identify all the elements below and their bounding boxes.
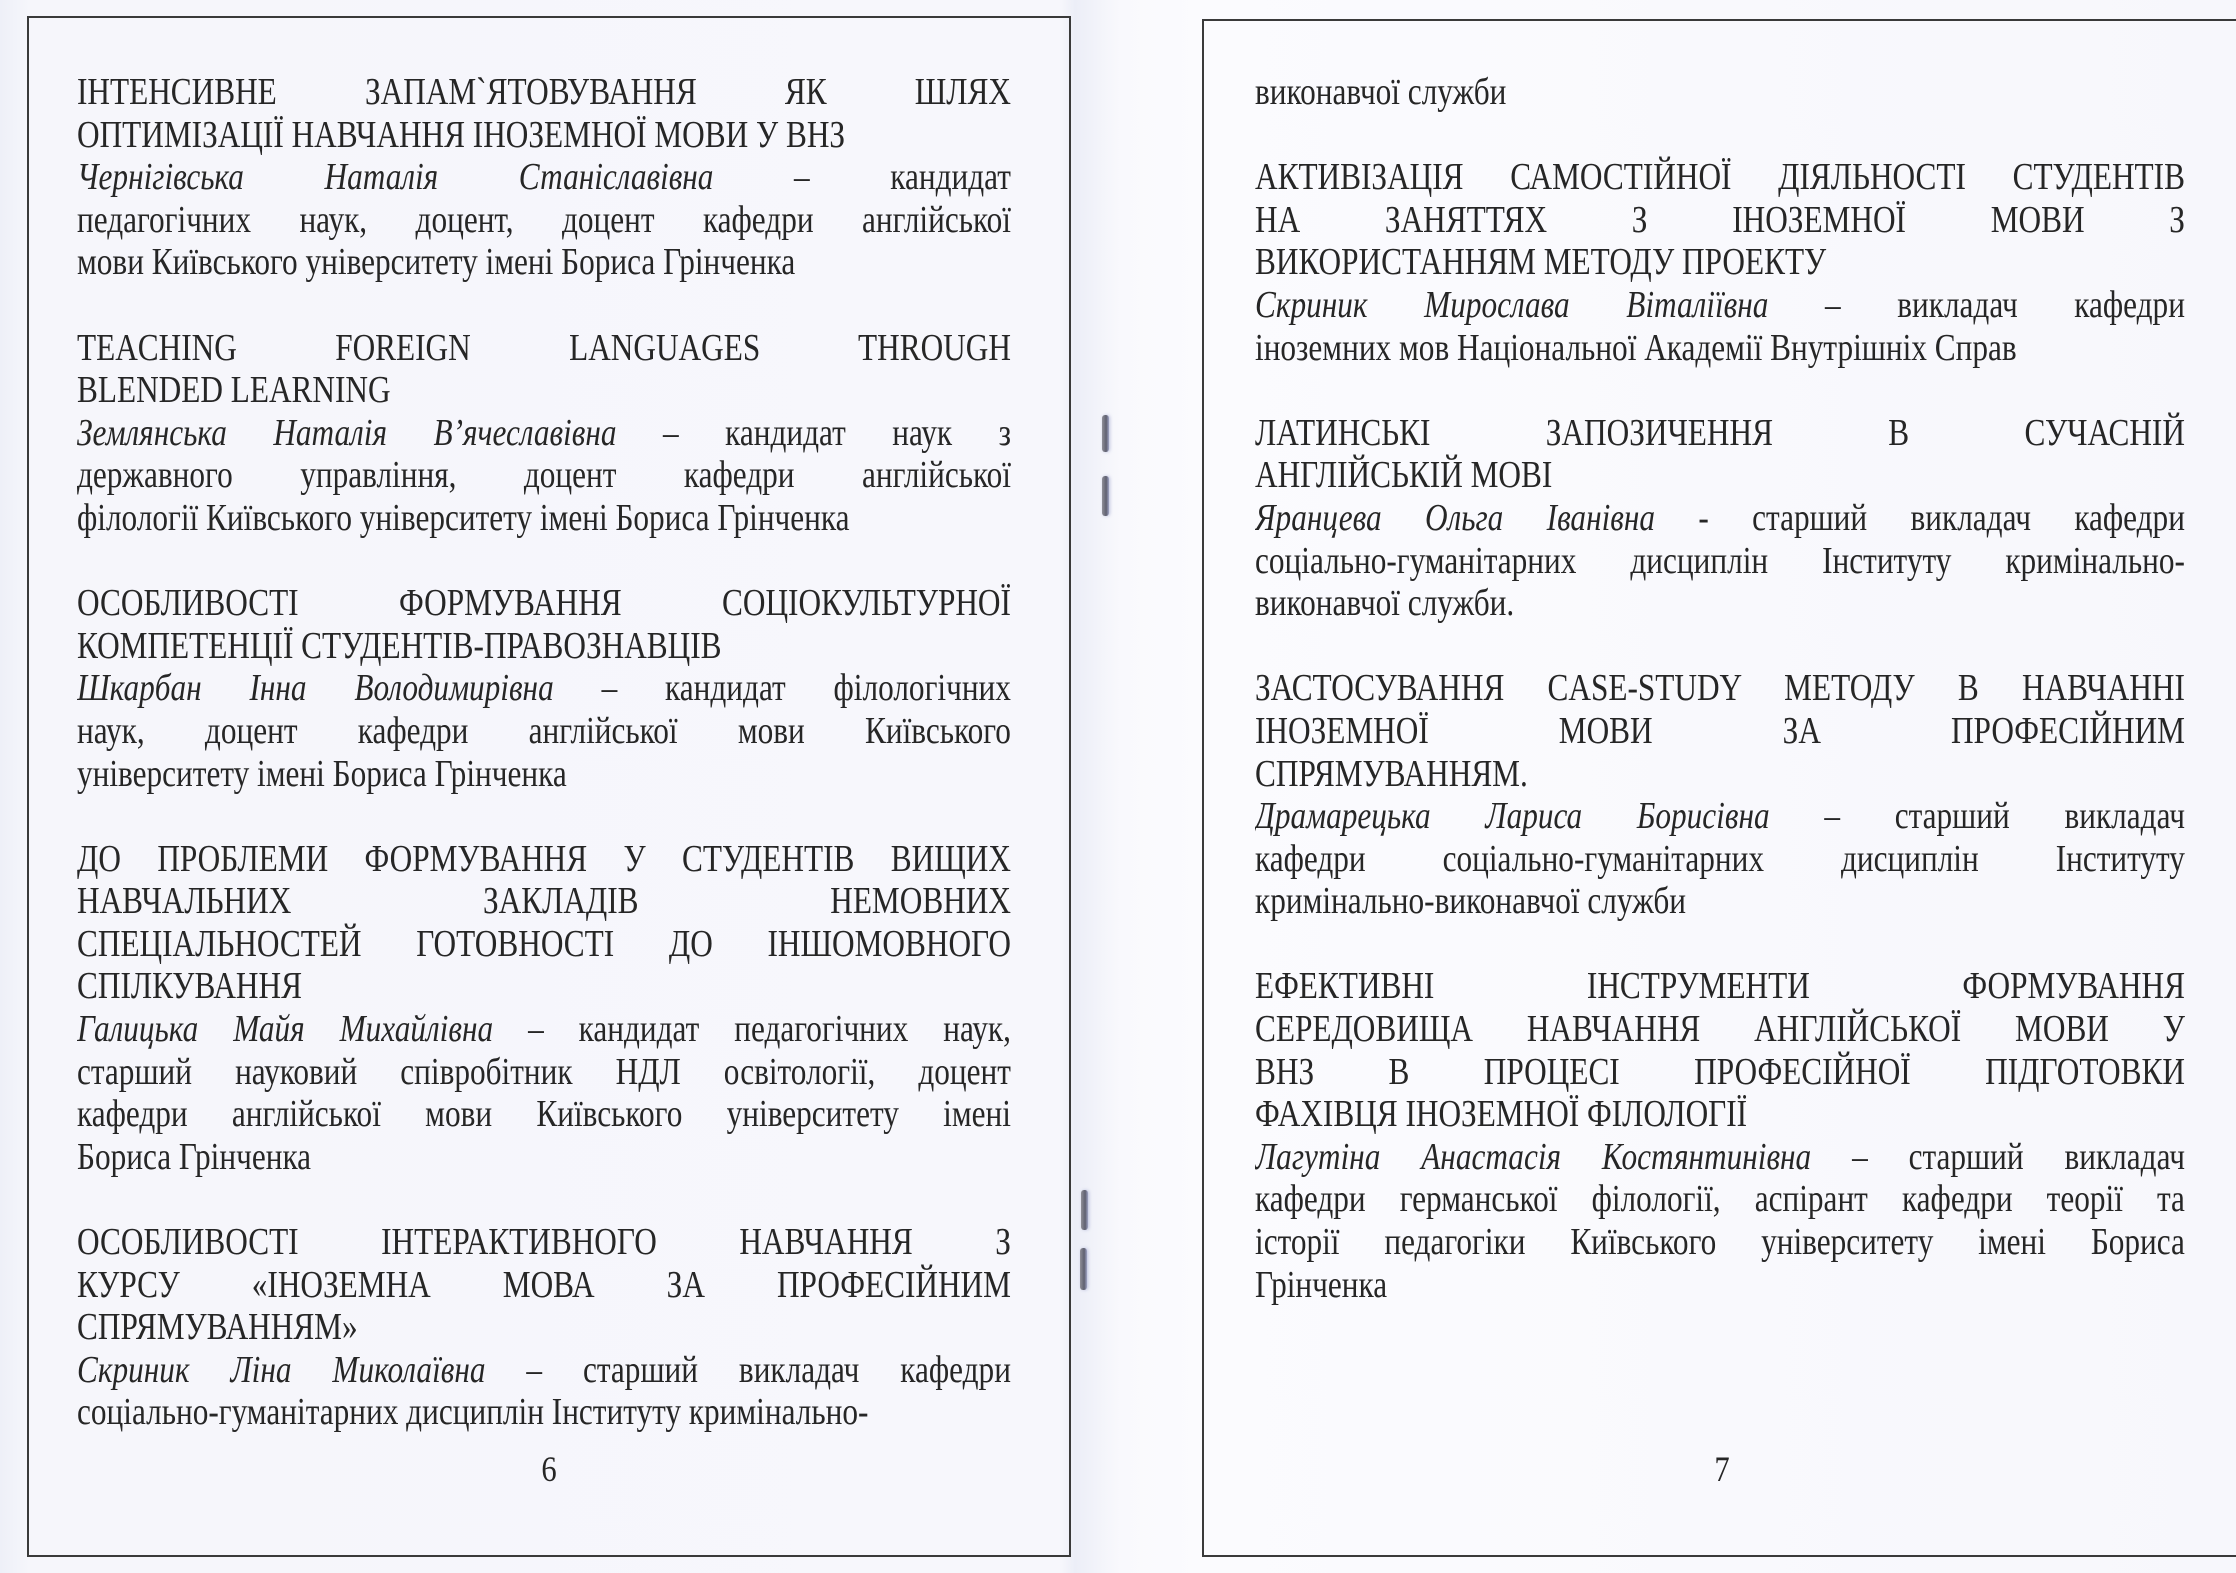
paragraph-gap [77, 284, 1011, 327]
entry-author-line: Яранцева Ольга Іванівна - старший виклад… [1255, 497, 2185, 540]
entry-author-line: Скриник Мирослава Віталіївна – викладач … [1255, 284, 2185, 327]
entry-author-line: Чернігівська Наталія Станіславівна – кан… [77, 156, 1011, 199]
entry-title-line: СПРЯМУВАННЯМ. [1255, 753, 2185, 796]
program-entry: ЕФЕКТИВНІ ІНСТРУМЕНТИ ФОРМУВАННЯСЕРЕДОВИ… [1255, 965, 2185, 1306]
entry-title-line: СЕРЕДОВИЩА НАВЧАННЯ АНГЛІЙСЬКОЇ МОВИ У [1255, 1008, 2185, 1051]
program-entry: ОСОБЛИВОСТІ ІНТЕРАКТИВНОГО НАВЧАННЯ ЗКУР… [77, 1221, 1011, 1434]
left-page-content: ІНТЕНСИВНЕ ЗАПАМ`ЯТОВУВАННЯ ЯК ШЛЯХОПТИМ… [77, 71, 1011, 1434]
author-description: – викладач кафедри [1825, 284, 2185, 326]
entry-description-line: кафедри соціально-гуманітарних дисциплін… [1255, 838, 2185, 881]
entry-title-line: ВНЗ В ПРОЦЕСІ ПРОФЕСІЙНОЇ ПІДГОТОВКИ [1255, 1051, 2185, 1094]
entry-title-line: СПРЯМУВАННЯМ» [77, 1306, 1011, 1349]
entry-title-line: ЗАСТОСУВАННЯ CASE-STUDY МЕТОДУ В НАВЧАНН… [1255, 667, 2185, 710]
author-description: – старший викладач [1824, 795, 2185, 837]
entry-description-line: старший науковий співробітник НДЛ освіто… [77, 1051, 1011, 1094]
entry-author-line: Землянська Наталія В’ячеславівна – канди… [77, 412, 1011, 455]
entry-description-line: іноземних мов Національної Академії Внут… [1255, 327, 2185, 370]
entry-title-line: ФАХІВЦЯ ІНОЗЕМНОЇ ФІЛОЛОГІЇ [1255, 1093, 2185, 1136]
entry-author-line: Лагутіна Анастасія Костянтинівна – старш… [1255, 1136, 2185, 1179]
entry-title-line: ВИКОРИСТАННЯМ МЕТОДУ ПРОЕКТУ [1255, 241, 2185, 284]
entry-title-line: TEACHING FOREIGN LANGUAGES THROUGH [77, 327, 1011, 370]
paragraph-gap [77, 795, 1011, 838]
entry-title-line: АНГЛІЙСЬКІЙ МОВІ [1255, 454, 2185, 497]
author-description: - старший викладач кафедри [1698, 497, 2185, 539]
entry-title-line: ОПТИМІЗАЦІЇ НАВЧАННЯ ІНОЗЕМНОЇ МОВИ У ВН… [77, 114, 1011, 157]
program-entry: АКТИВІЗАЦІЯ САМОСТІЙНОЇ ДІЯЛЬНОСТІ СТУДЕ… [1255, 156, 2185, 369]
author-name: Шкарбан Інна Володимирівна [77, 667, 554, 709]
author-name: Лагутіна Анастасія Костянтинівна [1255, 1136, 1811, 1178]
entry-description-line: наук, доцент кафедри англійської мови Ки… [77, 710, 1011, 753]
author-name: Галицька Майя Михайлівна [77, 1008, 493, 1050]
entry-title-line: ДО ПРОБЛЕМИ ФОРМУВАННЯ У СТУДЕНТІВ ВИЩИХ [77, 838, 1011, 881]
paragraph-gap [1255, 114, 2185, 157]
author-name: Драмарецька Лариса Борисівна [1255, 795, 1770, 837]
entry-description-line: соціально-гуманітарних дисциплін Інститу… [1255, 540, 2185, 583]
author-name: Яранцева Ольга Іванівна [1255, 497, 1655, 539]
program-entry: ЗАСТОСУВАННЯ CASE-STUDY МЕТОДУ В НАВЧАНН… [1255, 667, 2185, 923]
program-entry: ІНТЕНСИВНЕ ЗАПАМ`ЯТОВУВАННЯ ЯК ШЛЯХОПТИМ… [77, 71, 1011, 284]
entry-author-line: Шкарбан Інна Володимирівна – кандидат фі… [77, 667, 1011, 710]
entry-title-line: ЕФЕКТИВНІ ІНСТРУМЕНТИ ФОРМУВАННЯ [1255, 965, 2185, 1008]
entry-title-line: ІНОЗЕМНОЇ МОВИ ЗА ПРОФЕСІЙНИМ [1255, 710, 2185, 753]
entry-description-line: університету імені Бориса Грінченка [77, 753, 1011, 796]
entry-description-line: кафедри англійської мови Київського унів… [77, 1093, 1011, 1136]
paragraph-gap [77, 1178, 1011, 1221]
entry-author-line: Галицька Майя Михайлівна – кандидат педа… [77, 1008, 1011, 1051]
program-entry: ОСОБЛИВОСТІ ФОРМУВАННЯ СОЦІОКУЛЬТУРНОЇКО… [77, 582, 1011, 795]
program-entry: ДО ПРОБЛЕМИ ФОРМУВАННЯ У СТУДЕНТІВ ВИЩИХ… [77, 838, 1011, 1179]
page-number-left: 6 [541, 1448, 556, 1490]
program-entry: TEACHING FOREIGN LANGUAGES THROUGHBLENDE… [77, 327, 1011, 540]
entry-title-line: ОСОБЛИВОСТІ ІНТЕРАКТИВНОГО НАВЧАННЯ З [77, 1221, 1011, 1264]
paragraph-gap [77, 540, 1011, 583]
staple-mark [1080, 1248, 1087, 1290]
author-description: – старший викладач [1852, 1136, 2185, 1178]
author-description: – старший викладач кафедри [526, 1349, 1011, 1391]
author-description: – кандидат філологічних [602, 667, 1011, 709]
continuation-line: виконавчої служби [1255, 71, 2185, 114]
paragraph-gap [1255, 923, 2185, 966]
entry-description-line: Грінченка [1255, 1264, 2185, 1307]
author-description: – кандидат наук з [663, 412, 1011, 454]
entry-description-line: мови Київського університету імені Борис… [77, 241, 1011, 284]
staple-mark [1102, 415, 1109, 452]
entry-description-line: виконавчої служби. [1255, 582, 2185, 625]
entry-title-line: НА ЗАНЯТТЯХ З ІНОЗЕМНОЇ МОВИ З [1255, 199, 2185, 242]
entry-description-line: кримінально-виконавчої служби [1255, 880, 2185, 923]
entry-description-line: Бориса Грінченка [77, 1136, 1011, 1179]
entry-description-line: державного управління, доцент кафедри ан… [77, 454, 1011, 497]
paragraph-gap [1255, 369, 2185, 412]
page-number-right: 7 [1714, 1448, 1729, 1490]
staple-mark [1081, 1190, 1088, 1230]
paragraph-gap [1255, 625, 2185, 668]
right-page-content: виконавчої службиАКТИВІЗАЦІЯ САМОСТІЙНОЇ… [1255, 71, 2185, 1306]
entry-description-line: історії педагогіки Київського університе… [1255, 1221, 2185, 1264]
entry-title-line: КУРСУ «ІНОЗЕМНА МОВА ЗА ПРОФЕСІЙНИМ [77, 1264, 1011, 1307]
entry-title-line: BLENDED LEARNING [77, 369, 1011, 412]
author-description: – кандидат педагогічних наук, [528, 1008, 1011, 1050]
entry-description-line: філології Київського університету імені … [77, 497, 1011, 540]
author-name: Землянська Наталія В’ячеславівна [77, 412, 616, 454]
staple-mark [1102, 476, 1109, 516]
entry-title-line: АКТИВІЗАЦІЯ САМОСТІЙНОЇ ДІЯЛЬНОСТІ СТУДЕ… [1255, 156, 2185, 199]
entry-description-line: соціально-гуманітарних дисциплін Інститу… [77, 1391, 1011, 1434]
entry-title-line: ОСОБЛИВОСТІ ФОРМУВАННЯ СОЦІОКУЛЬТУРНОЇ [77, 582, 1011, 625]
entry-title-line: СПІЛКУВАННЯ [77, 965, 1011, 1008]
entry-author-line: Драмарецька Лариса Борисівна – старший в… [1255, 795, 2185, 838]
entry-title-line: ЛАТИНСЬКІ ЗАПОЗИЧЕННЯ В СУЧАСНІЙ [1255, 412, 2185, 455]
program-entry: ЛАТИНСЬКІ ЗАПОЗИЧЕННЯ В СУЧАСНІЙАНГЛІЙСЬ… [1255, 412, 2185, 625]
entry-description-line: педагогічних наук, доцент, доцент кафедр… [77, 199, 1011, 242]
entry-description-line: кафедри германської філології, аспірант … [1255, 1178, 2185, 1221]
entry-title-line: ІНТЕНСИВНЕ ЗАПАМ`ЯТОВУВАННЯ ЯК ШЛЯХ [77, 71, 1011, 114]
entry-author-line: Скриник Ліна Миколаївна – старший виклад… [77, 1349, 1011, 1392]
entry-title-line: СПЕЦІАЛЬНОСТЕЙ ГОТОВНОСТІ ДО ІНШОМОВНОГО [77, 923, 1011, 966]
entry-title-line: НАВЧАЛЬНИХ ЗАКЛАДІВ НЕМОВНИХ [77, 880, 1011, 923]
author-description: – кандидат [794, 156, 1011, 198]
author-name: Скриник Ліна Миколаївна [77, 1349, 485, 1391]
entry-title-line: КОМПЕТЕНЦІЇ СТУДЕНТІВ-ПРАВОЗНАВЦІВ [77, 625, 1011, 668]
author-name: Скриник Мирослава Віталіївна [1255, 284, 1768, 326]
author-name: Чернігівська Наталія Станіславівна [77, 156, 713, 198]
